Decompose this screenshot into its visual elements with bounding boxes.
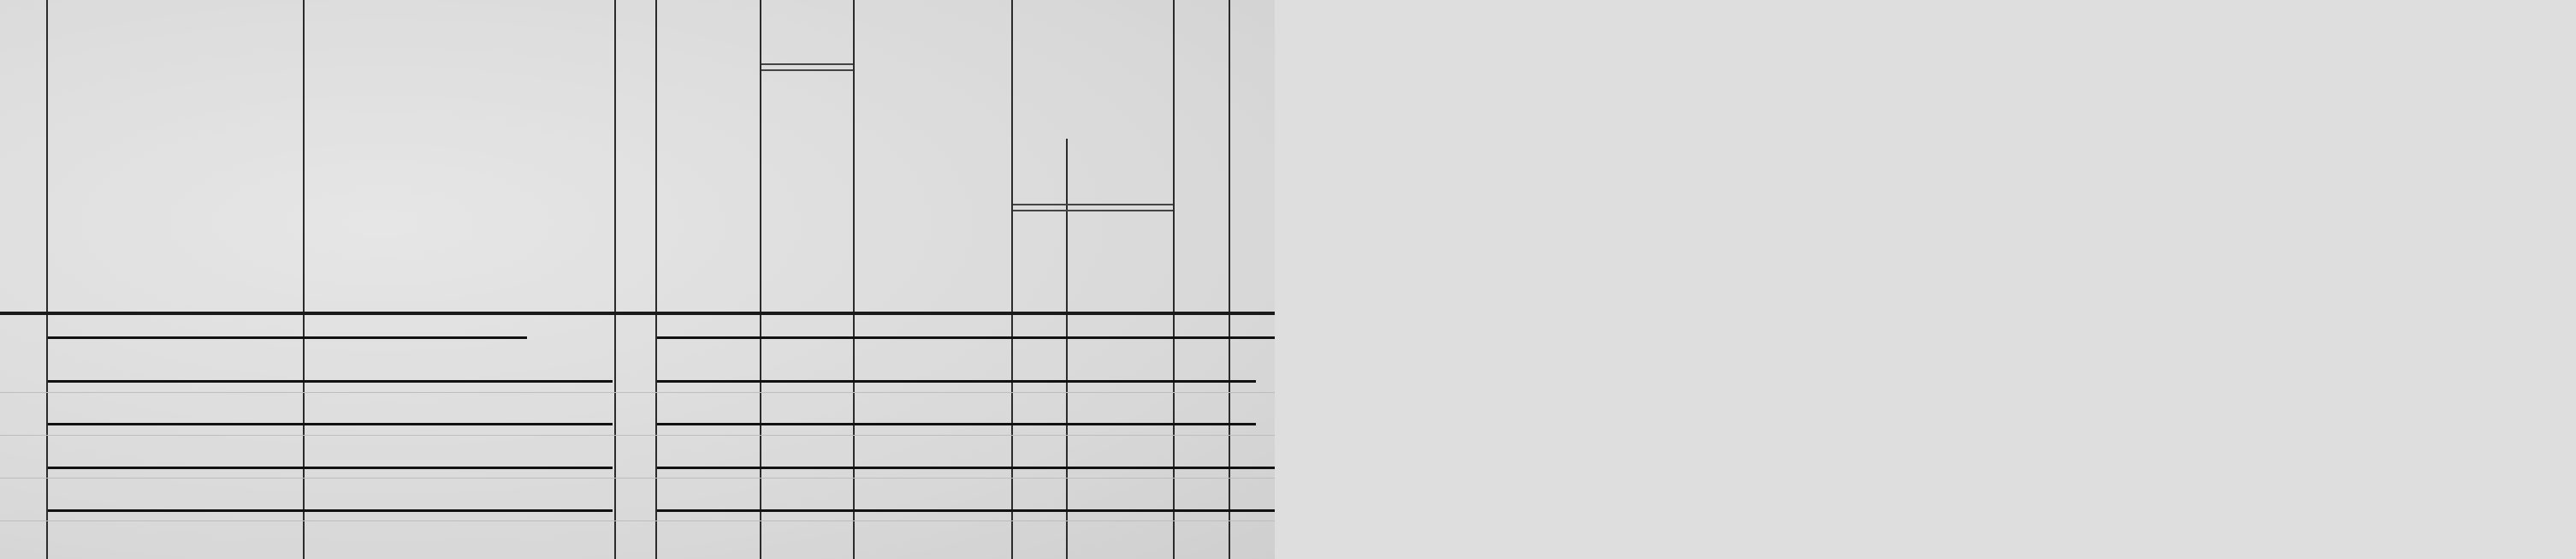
column-divider <box>614 0 616 559</box>
ruled-line <box>0 435 1275 436</box>
strike-through <box>657 423 1256 425</box>
strike-through <box>48 380 613 383</box>
column-divider <box>1011 0 1013 559</box>
strike-through <box>657 336 1275 339</box>
group-rule <box>1013 204 1173 211</box>
column-divider <box>760 0 761 559</box>
column-divider <box>1173 0 1175 559</box>
column-divider <box>853 0 855 559</box>
group-rule <box>761 63 853 71</box>
register-left-page <box>0 0 1275 559</box>
ruled-line <box>0 520 1275 521</box>
column-divider <box>303 0 305 559</box>
column-divider <box>1066 139 1068 559</box>
header-bottom-rule <box>0 312 1275 315</box>
strike-through <box>48 467 613 469</box>
strike-through <box>48 509 613 512</box>
strike-through <box>48 423 613 425</box>
ruled-line <box>0 478 1275 479</box>
column-divider <box>46 0 48 559</box>
strike-through <box>48 336 527 339</box>
strike-through <box>657 380 1256 383</box>
strike-through <box>657 467 1275 469</box>
column-divider <box>1229 0 1230 559</box>
column-divider <box>655 0 657 559</box>
ruled-line <box>0 392 1275 393</box>
strike-through <box>657 509 1275 512</box>
